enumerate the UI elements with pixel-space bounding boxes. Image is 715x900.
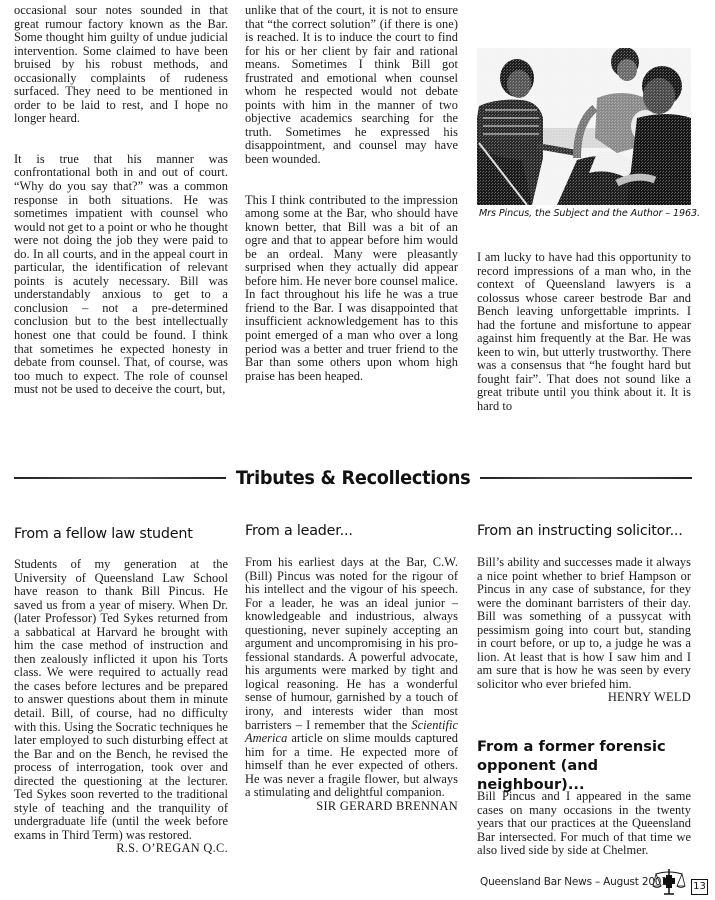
- tribute-heading-law-student: From a fellow law student: [14, 526, 193, 542]
- tribute-signature: SIR GERARD BRENNAN: [245, 800, 458, 814]
- page-number: 13: [691, 879, 708, 895]
- tribute-body-text: From his earliest days at the Bar, C.W. …: [245, 555, 458, 732]
- scales-of-justice-icon: [652, 866, 686, 896]
- tribute-column-3: Bill’s ability and successes made it alw…: [477, 556, 691, 705]
- tribute-heading-leader: From a leader...: [245, 523, 353, 539]
- article-column-1: occasional sour notes sounded in that gr…: [14, 4, 228, 397]
- tribute-column-3b: Bill Pincus and I appeared in the same c…: [477, 790, 691, 858]
- article-column-2: unlike that of the court, it is not to e…: [245, 4, 458, 383]
- tribute-column-2: From his earliest days at the Bar, C.W. …: [245, 556, 458, 813]
- banner-title: Tributes & Recollections: [235, 467, 471, 489]
- paragraph: This I think contributed to the impressi…: [245, 194, 458, 384]
- tribute-column-1: Students of my generation at the Univers…: [14, 558, 228, 856]
- tribute-signature: HENRY WELD: [477, 691, 691, 705]
- tribute-signature: R.S. O’REGAN Q.C.: [14, 842, 228, 856]
- tribute-body: Bill’s ability and successes made it alw…: [477, 556, 691, 691]
- publication-footer: Queensland Bar News – August 2001: [480, 876, 668, 888]
- banner-rule-right: [480, 477, 692, 479]
- banner-rule-left: [14, 477, 226, 479]
- tribute-heading-instructing-solicitor: From an instructing solicitor...: [477, 523, 683, 539]
- photo-mrs-pincus-subject-author: [477, 48, 691, 205]
- paragraph: It is true that his manner was confronta…: [14, 153, 228, 397]
- tribute-body: Bill Pincus and I appeared in the same c…: [477, 790, 691, 858]
- paragraph: I am lucky to have had this opportunity …: [477, 251, 691, 414]
- section-banner: Tributes & Recollections: [14, 464, 692, 492]
- photo-caption: Mrs Pincus, the Subject and the Author –…: [479, 208, 700, 219]
- article-column-3: I am lucky to have had this opportunity …: [477, 251, 691, 414]
- paragraph: unlike that of the court, it is not to e…: [245, 4, 458, 167]
- tribute-heading-forensic-opponent: From a former forensic opponent (and nei…: [477, 737, 697, 794]
- paragraph: occasional sour notes sounded in that gr…: [14, 4, 228, 126]
- tribute-body: From his earliest days at the Bar, C.W. …: [245, 556, 458, 800]
- tribute-body: Students of my generation at the Univers…: [14, 558, 228, 842]
- photograph-image: [477, 48, 691, 205]
